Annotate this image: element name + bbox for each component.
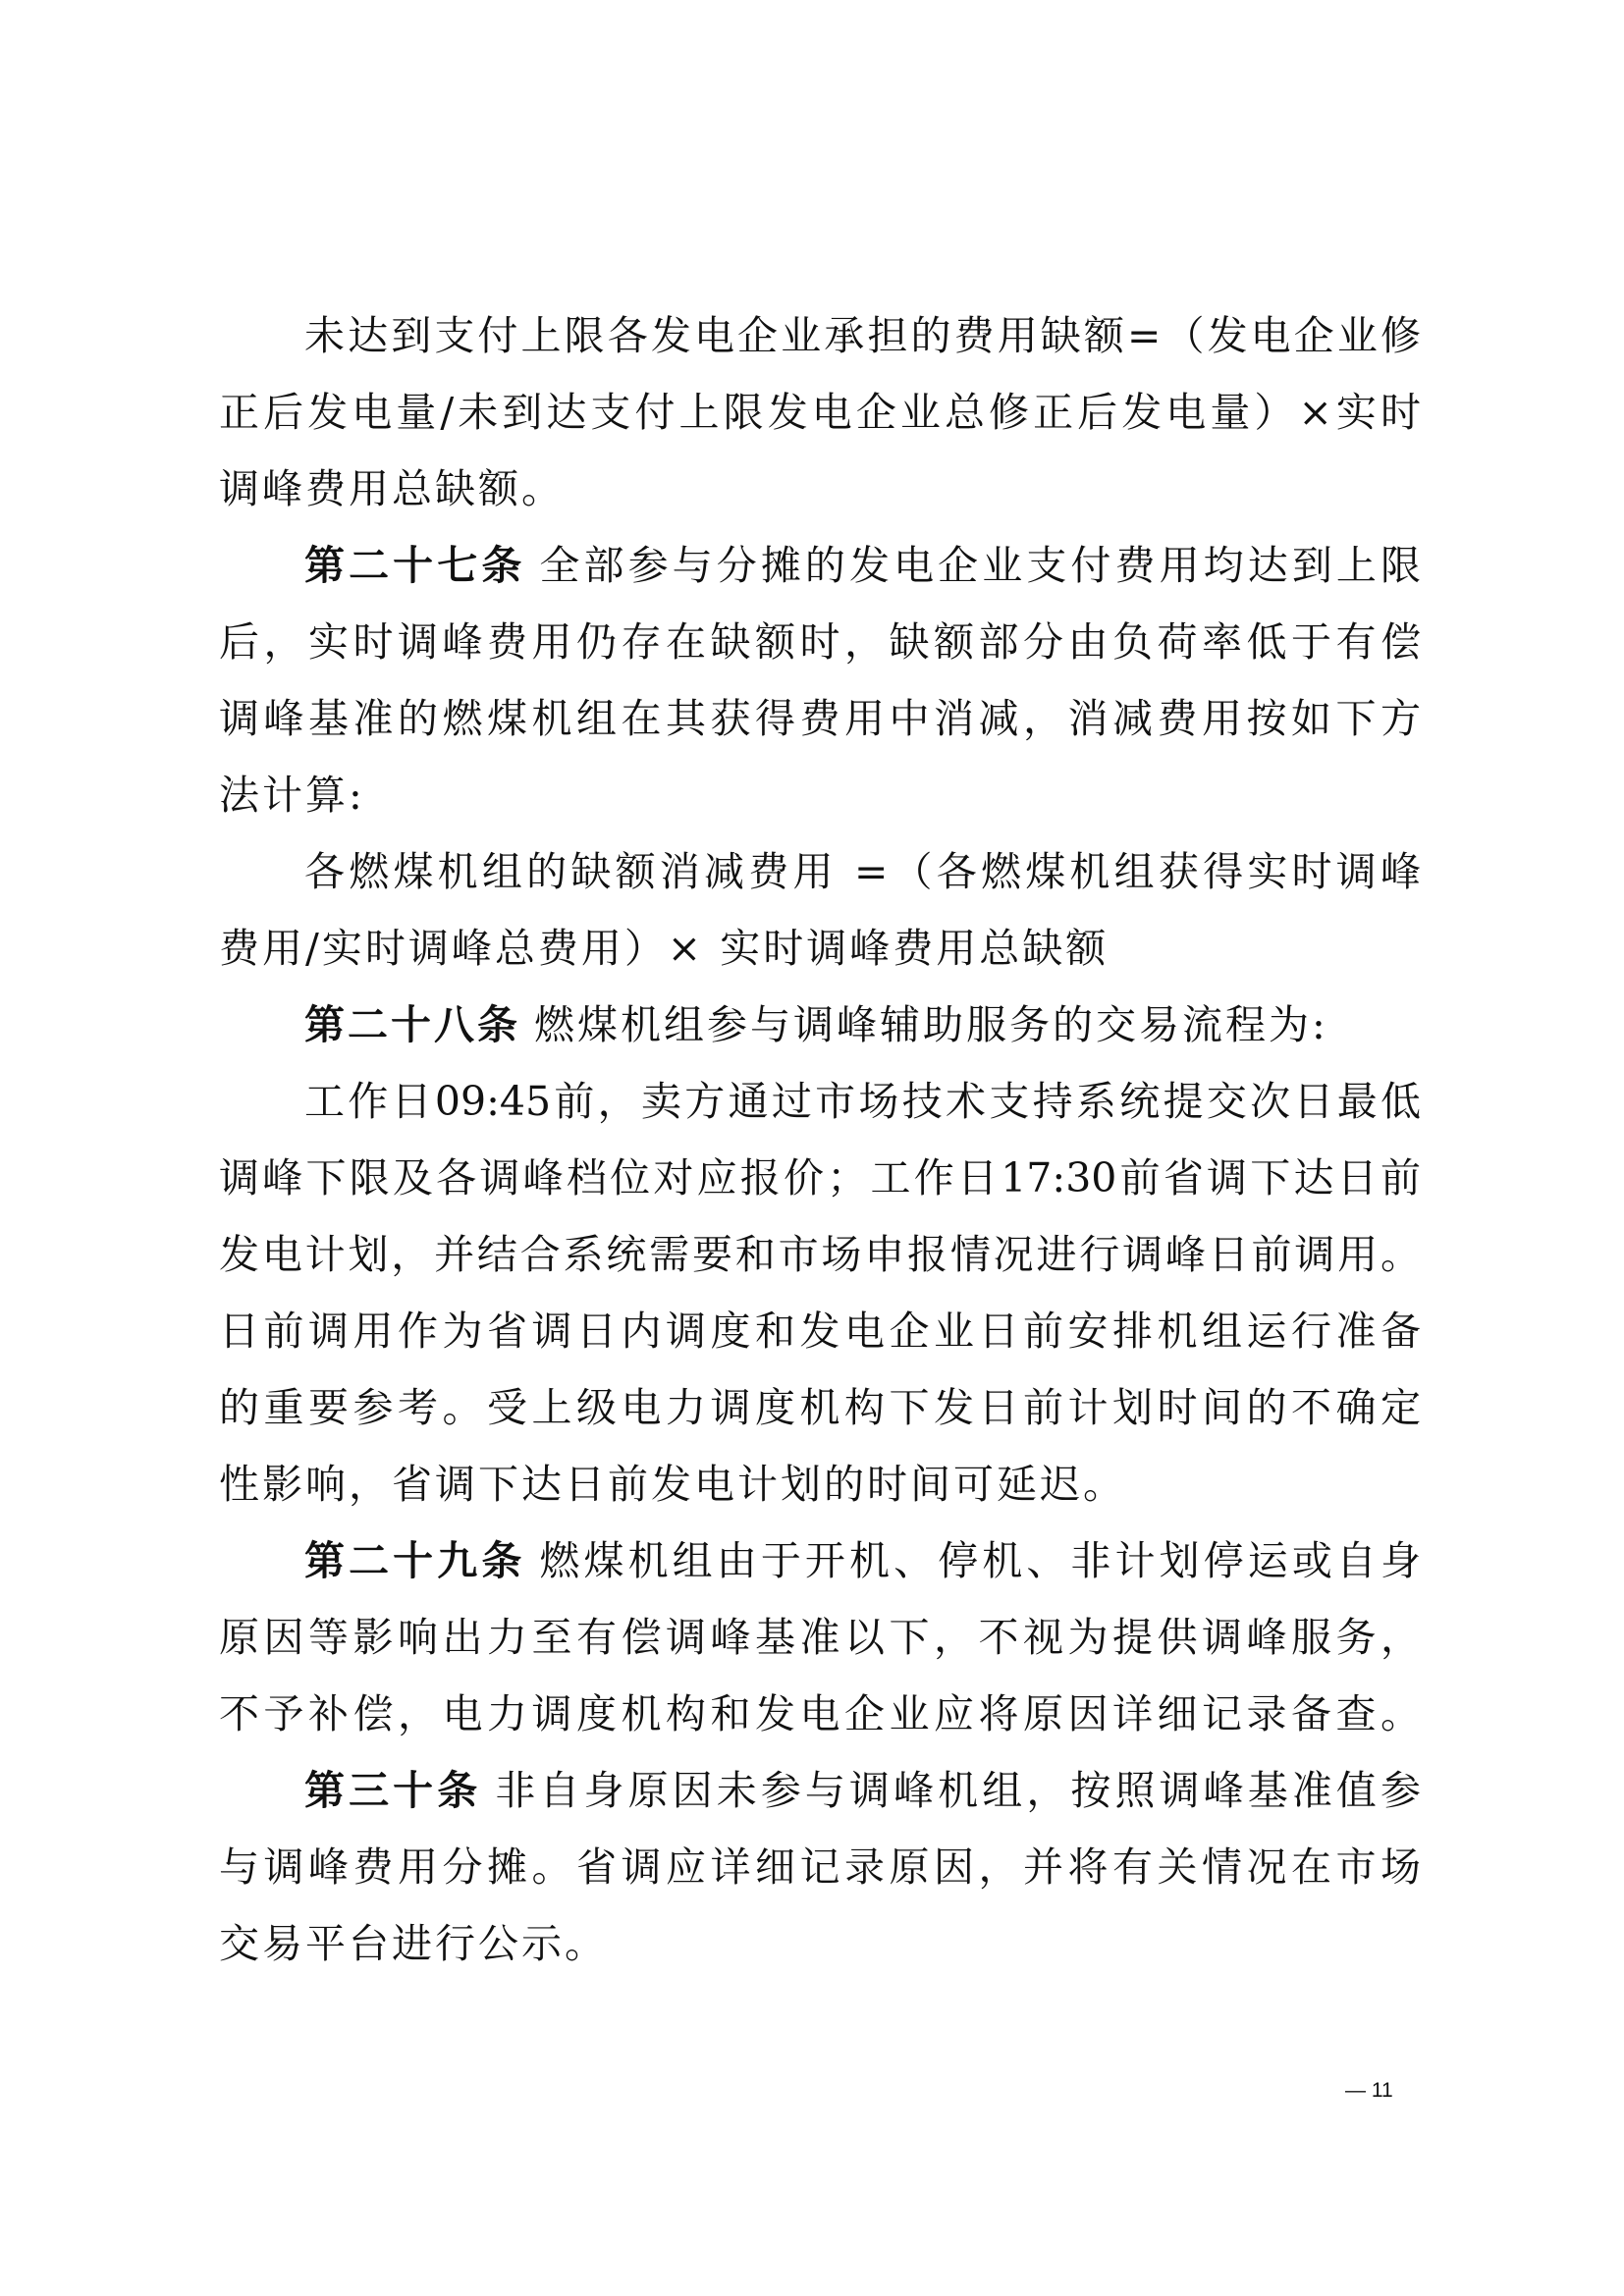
- text-line: 正后发电量/未到达支付上限发电企业总修正后发电量）×实时: [219, 374, 1421, 451]
- text-line: 的重要参考。受上级电力调度机构下发日前计划时间的不确定: [219, 1369, 1421, 1446]
- text-line: 未达到支付上限各发电企业承担的费用缺额=（发电企业修: [219, 297, 1421, 374]
- article-text: 全部参与分摊的发电企业支付费用均达到上限: [539, 542, 1421, 589]
- article-heading: 第二十八条: [304, 1001, 520, 1048]
- article-28-line: 第二十八条燃煤机组参与调峰辅助服务的交易流程为:: [219, 987, 1421, 1063]
- article-27-line: 第二十七条全部参与分摊的发电企业支付费用均达到上限: [219, 527, 1421, 604]
- article-text: 非自身原因未参与调峰机组，按照调峰基准值参: [495, 1767, 1421, 1814]
- article-29-line: 第二十九条燃煤机组由于开机、停机、非计划停运或自身: [219, 1522, 1421, 1599]
- text-line: 原因等影响出力至有偿调峰基准以下，不视为提供调峰服务，: [219, 1599, 1421, 1676]
- text-line: 工作日09:45前，卖方通过市场技术支持系统提交次日最低: [219, 1063, 1421, 1140]
- text-line: 调峰下限及各调峰档位对应报价；工作日17:30前省调下达日前: [219, 1140, 1421, 1216]
- article-heading: 第二十九条: [304, 1537, 525, 1584]
- text-line: 调峰基准的燃煤机组在其获得费用中消减，消减费用按如下方: [219, 680, 1421, 757]
- text-line: 与调峰费用分摊。省调应详细记录原因，并将有关情况在市场: [219, 1829, 1421, 1905]
- text-line: 日前调用作为省调日内调度和发电企业日前安排机组运行准备: [219, 1293, 1421, 1369]
- article-heading: 第二十七条: [304, 542, 525, 589]
- formula-line: 费用/实时调峰总费用）× 实时调峰费用总缺额: [219, 910, 1421, 987]
- text-line: 调峰费用总缺额。: [219, 451, 1421, 527]
- text-line: 发电计划，并结合系统需要和市场申报情况进行调峰日前调用。: [219, 1216, 1421, 1293]
- page-number: — 11: [1345, 2079, 1393, 2103]
- text-line: 后，实时调峰费用仍存在缺额时，缺额部分由负荷率低于有偿: [219, 604, 1421, 680]
- document-body: 未达到支付上限各发电企业承担的费用缺额=（发电企业修 正后发电量/未到达支付上限…: [219, 297, 1421, 1982]
- text-line: 性影响，省调下达日前发电计划的时间可延迟。: [219, 1446, 1421, 1522]
- text-line: 不予补偿，电力调度机构和发电企业应将原因详细记录备查。: [219, 1676, 1421, 1752]
- text-line: 交易平台进行公示。: [219, 1905, 1421, 1982]
- formula-line: 各燃煤机组的缺额消减费用 =（各燃煤机组获得实时调峰: [219, 833, 1421, 910]
- article-text: 燃煤机组由于开机、停机、非计划停运或自身: [539, 1537, 1421, 1584]
- article-text: 燃煤机组参与调峰辅助服务的交易流程为:: [534, 1001, 1328, 1048]
- article-30-line: 第三十条非自身原因未参与调峰机组，按照调峰基准值参: [219, 1752, 1421, 1829]
- text-line: 法计算:: [219, 757, 1421, 833]
- article-heading: 第三十条: [304, 1767, 481, 1814]
